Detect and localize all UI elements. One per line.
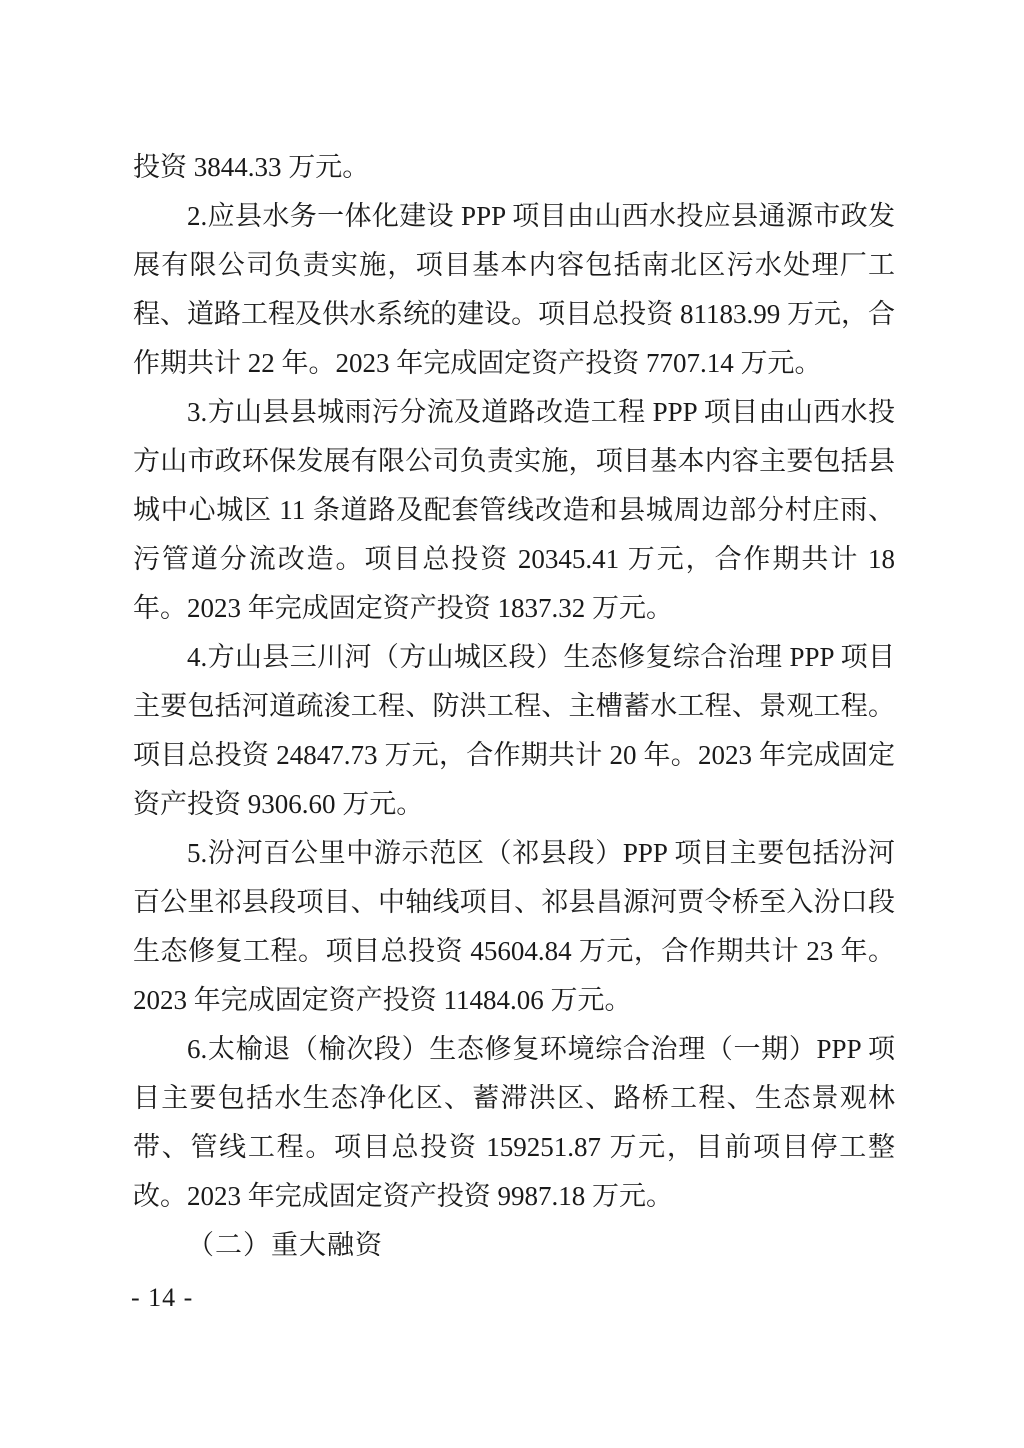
paragraph-2-project-yingxian: 2.应县水务一体化建设 PPP 项目由山西水投应县通源市政发展有限公司负责实施，… [133,192,895,388]
document-page: 投资 3844.33 万元。 2.应县水务一体化建设 PPP 项目由山西水投应县… [0,0,1024,1448]
paragraph-4-project-sanchuanhe: 4.方山县三川河（方山城区段）生态修复综合治理 PPP 项目主要包括河道疏浚工程… [133,633,895,829]
page-body-text: 投资 3844.33 万元。 2.应县水务一体化建设 PPP 项目由山西水投应县… [133,143,895,1270]
paragraph-3-project-fangshan-roads: 3.方山县县城雨污分流及道路改造工程 PPP 项目由山西水投方山市政环保发展有限… [133,388,895,633]
paragraph-1-continuation: 投资 3844.33 万元。 [133,143,895,192]
page-number: - 14 - [131,1280,193,1316]
section-heading: （二）重大融资 [133,1221,895,1270]
paragraph-5-project-fenhe: 5.汾河百公里中游示范区（祁县段）PPP 项目主要包括汾河百公里祁县段项目、中轴… [133,829,895,1025]
paragraph-6-project-taiyutui: 6.太榆退（榆次段）生态修复环境综合治理（一期）PPP 项目主要包括水生态净化区… [133,1025,895,1221]
